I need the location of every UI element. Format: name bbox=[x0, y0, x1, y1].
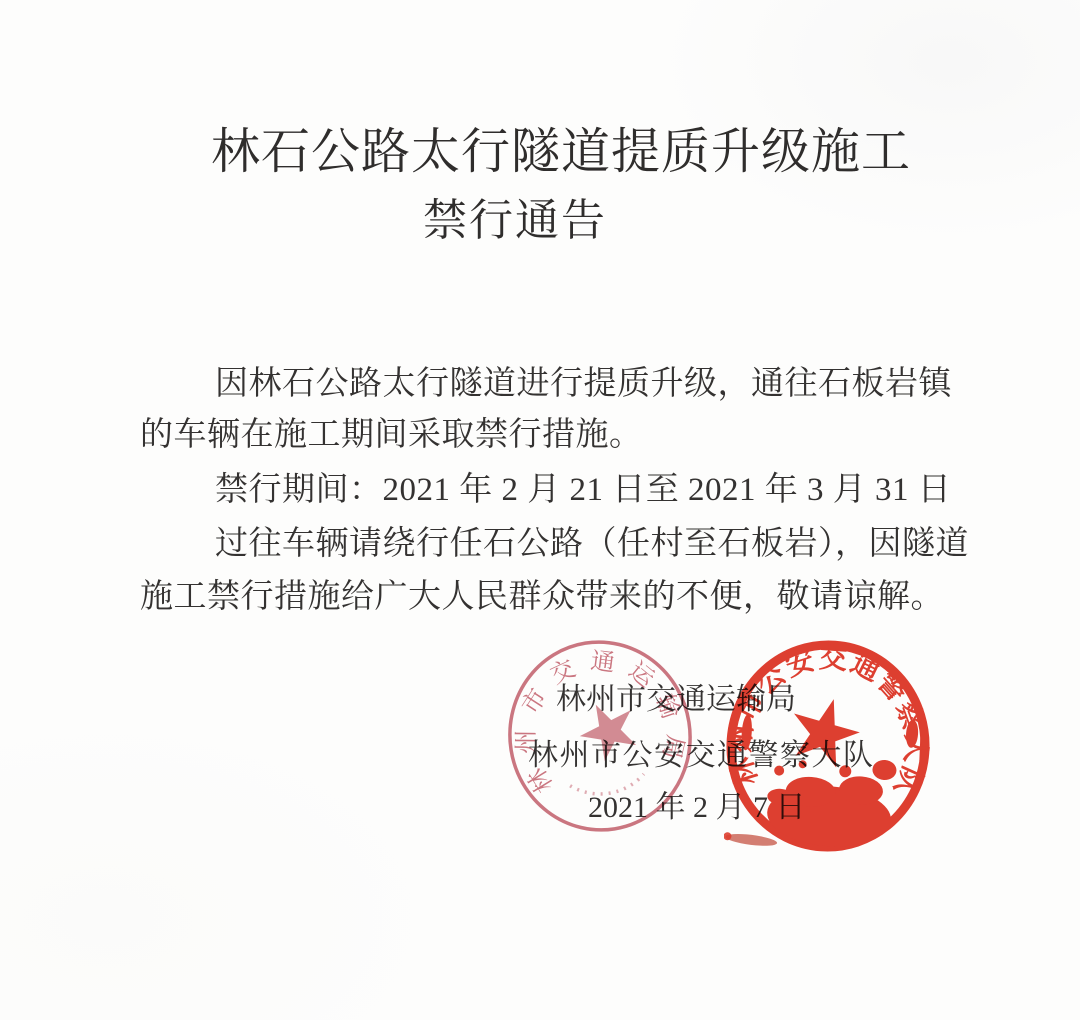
body-line-5: 施工禁行措施给广大人民群众带来的不便，敬请谅解。 bbox=[140, 581, 944, 614]
body-line-1: 因林石公路太行隧道进行提质升级，通往石板岩镇 bbox=[215, 368, 952, 401]
ink-smudge-dash bbox=[724, 832, 778, 848]
body-line-3: 禁行期间：2021 年 2 月 21 日至 2021 年 3 月 31 日 bbox=[215, 474, 951, 507]
seal-arc-text: 林州市公安交通警察大队 bbox=[724, 638, 936, 803]
scanned-notice-page: 林石公路太行隧道提质升级施工 禁行通告 因林石公路太行隧道进行提质升级，通往石板… bbox=[0, 0, 1080, 1020]
ink-smudge bbox=[734, 708, 919, 852]
svg-text:林州市交通运输局: 林州市交通运输局 bbox=[504, 636, 696, 800]
body-line-2: 的车辆在施工期间采取禁行措施。 bbox=[140, 419, 643, 452]
document-title-line-2: 禁行通告 bbox=[423, 199, 607, 243]
document-title-line-1: 林石公路太行隧道提质升级施工 bbox=[211, 127, 911, 176]
signature-issuer-primary: 林州市交通运输局 bbox=[556, 685, 796, 715]
body-line-4: 过往车辆请绕行任石公路（任村至石板岩），因隧道 bbox=[215, 528, 969, 561]
signature-issuer-secondary: 林州市公安交通警察大队 bbox=[528, 741, 875, 771]
signature-date: 2021 年 2 月 7 日 bbox=[588, 793, 806, 823]
seal-arc-text: 林州市交通运输局 bbox=[504, 636, 696, 800]
svg-text:林州市公安交通警察大队: 林州市公安交通警察大队 bbox=[724, 638, 936, 803]
